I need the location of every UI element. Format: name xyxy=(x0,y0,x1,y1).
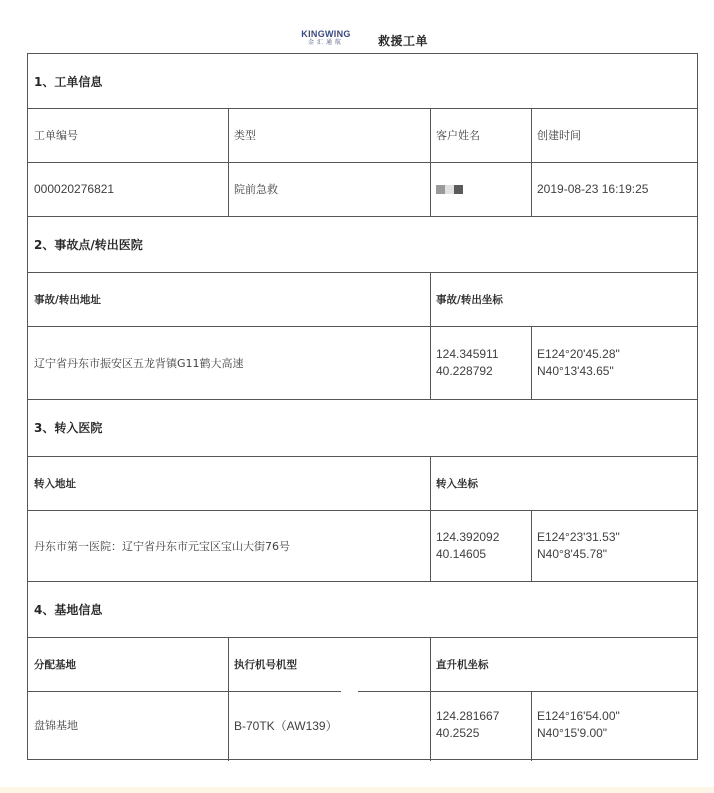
section-title-destination-hospital: 3、转入医院 xyxy=(28,399,697,456)
header-helicopter-coords: 直升机坐标 xyxy=(430,637,697,691)
section-title-order-info: 1、工单信息 xyxy=(28,54,697,108)
value-origin-coord-dms: E124°20'45.28" N40°13'43.65" xyxy=(531,326,697,399)
destination-longitude: 124.392092 xyxy=(436,529,499,546)
value-helicopter-coord-dms: E124°16'54.00" N40°15'9.00" xyxy=(531,691,697,759)
rescue-order-table: 1、工单信息 工单编号 类型 客户姓名 创建时间 000020276821 院前… xyxy=(27,53,698,760)
helicopter-latitude-dms: N40°15'9.00" xyxy=(537,725,607,742)
header-destination-address: 转入地址 xyxy=(28,456,430,510)
header-created-at: 创建时间 xyxy=(531,108,697,162)
origin-latitude-dms: N40°13'43.65" xyxy=(537,363,614,380)
section-title-base-info: 4、基地信息 xyxy=(28,581,697,637)
logo-text-en: KINGWING xyxy=(295,30,357,39)
page-bottom-edge xyxy=(0,787,714,793)
header-assigned-base: 分配基地 xyxy=(28,637,228,691)
header-destination-coords: 转入坐标 xyxy=(430,456,697,510)
redacted-name-block xyxy=(436,185,463,194)
value-aircraft: B-70TK（AW139） xyxy=(228,691,430,759)
header-order-no: 工单编号 xyxy=(28,108,228,162)
header-aircraft: 执行机号机型 xyxy=(228,637,430,691)
header-type: 类型 xyxy=(228,108,430,162)
value-destination-coord-dms: E124°23'31.53" N40°8'45.78" xyxy=(531,510,697,581)
value-order-no: 000020276821 xyxy=(28,162,228,216)
value-origin-address: 辽宁省丹东市振安区五龙背镇G11鹤大高速 xyxy=(28,326,430,399)
header-customer-name: 客户姓名 xyxy=(430,108,531,162)
helicopter-longitude-dms: E124°16'54.00" xyxy=(537,708,620,725)
header-origin-coords: 事故/转出坐标 xyxy=(430,272,697,326)
document-title: 救援工单 xyxy=(378,32,428,49)
origin-latitude: 40.228792 xyxy=(436,363,493,380)
document-header: KINGWING 金汇通航 救援工单 xyxy=(0,0,714,52)
value-created-at: 2019-08-23 16:19:25 xyxy=(531,162,697,216)
header-origin-address: 事故/转出地址 xyxy=(28,272,430,326)
value-assigned-base: 盘锦基地 xyxy=(28,691,228,759)
helicopter-longitude: 124.281667 xyxy=(436,708,499,725)
destination-longitude-dms: E124°23'31.53" xyxy=(537,529,620,546)
value-origin-coord-decimal: 124.345911 40.228792 xyxy=(430,326,531,399)
origin-longitude-dms: E124°20'45.28" xyxy=(537,346,620,363)
value-helicopter-coord-decimal: 124.281667 40.2525 xyxy=(430,691,531,759)
value-customer-name xyxy=(430,162,531,216)
destination-latitude-dms: N40°8'45.78" xyxy=(537,546,607,563)
helicopter-latitude: 40.2525 xyxy=(436,725,479,742)
value-type: 院前急救 xyxy=(228,162,430,216)
value-destination-coord-decimal: 124.392092 40.14605 xyxy=(430,510,531,581)
origin-longitude: 124.345911 xyxy=(436,346,499,363)
section-title-accident-origin: 2、事故点/转出医院 xyxy=(28,216,697,272)
value-destination-address: 丹东市第一医院：辽宁省丹东市元宝区宝山大街76号 xyxy=(28,510,430,581)
destination-latitude: 40.14605 xyxy=(436,546,486,563)
kingwing-logo: KINGWING 金汇通航 xyxy=(295,30,357,46)
logo-text-cn: 金汇通航 xyxy=(295,40,357,46)
